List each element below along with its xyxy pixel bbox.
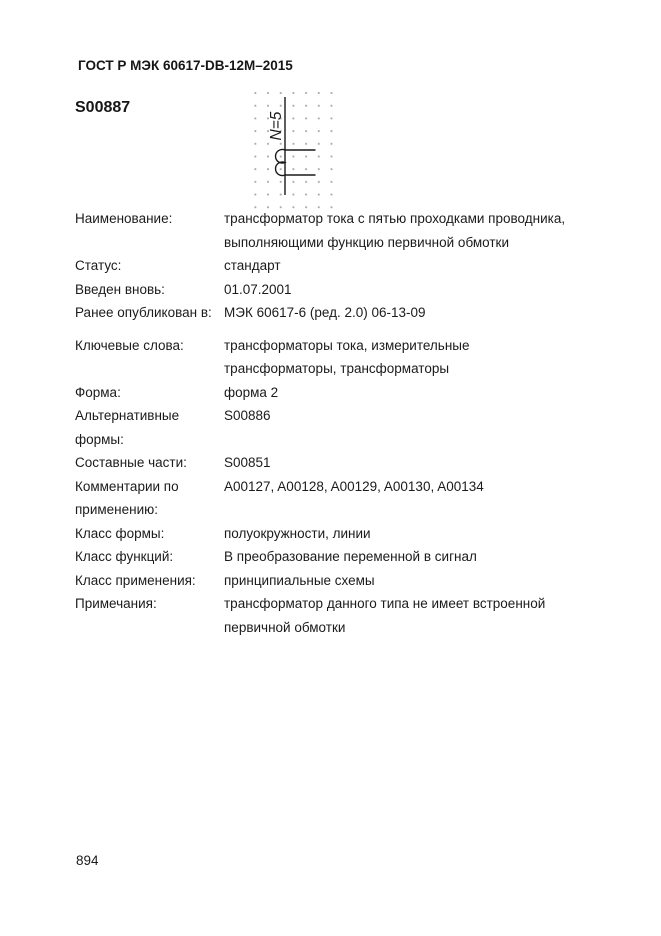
field-label-line: Класс функций: <box>75 545 224 569</box>
field-value: S00886 <box>224 404 580 451</box>
field-label: Составные части: <box>75 451 224 475</box>
field-value-line: трансформаторы, трансформаторы <box>224 357 580 381</box>
field-label-line: Ключевые слова: <box>75 334 224 358</box>
transformer-symbol-drawing: N=5 <box>240 85 355 215</box>
field-label-line: Наименование: <box>75 207 224 231</box>
field-value: МЭК 60617-6 (ред. 2.0) 06-13-09 <box>224 301 580 325</box>
field-label: Альтернативныеформы: <box>75 404 224 451</box>
field-row: Класс формы:полуокружности, линии <box>75 522 580 546</box>
field-label: Ключевые слова: <box>75 334 224 381</box>
field-label-line: Ранее опубликован в: <box>75 301 224 325</box>
field-label-line: формы: <box>75 428 224 452</box>
field-label: Класс функций: <box>75 545 224 569</box>
field-row: Введен вновь:01.07.2001 <box>75 278 580 302</box>
field-row: Класс функций:В преобразование переменно… <box>75 545 580 569</box>
field-label: Класс формы: <box>75 522 224 546</box>
symbol-diagram: N=5 <box>240 85 355 215</box>
field-value: трансформаторы тока, измерительныетрансф… <box>224 334 580 381</box>
document-page: ГОСТ Р МЭК 60617-DB-12M–2015 S00887 N=5 … <box>0 0 661 936</box>
symbol-id: S00887 <box>75 99 130 117</box>
field-value: трансформатор тока с пятью проходками пр… <box>224 207 580 254</box>
field-row: Ранее опубликован в:МЭК 60617-6 (ред. 2.… <box>75 301 580 325</box>
field-label-line: Примечания: <box>75 592 224 616</box>
document-header: ГОСТ Р МЭК 60617-DB-12M–2015 <box>78 58 293 73</box>
field-value: полуокружности, линии <box>224 522 580 546</box>
winding-count-label: N=5 <box>268 111 285 140</box>
field-label-line: Введен вновь: <box>75 278 224 302</box>
field-label-line: Комментарии по <box>75 475 224 499</box>
field-value-line: S00886 <box>224 404 580 428</box>
field-row: Наименование:трансформатор тока с пятью … <box>75 207 580 254</box>
field-row: Класс применения:принципиальные схемы <box>75 569 580 593</box>
field-value-line: S00851 <box>224 451 580 475</box>
field-label: Введен вновь: <box>75 278 224 302</box>
field-row: Составные части:S00851 <box>75 451 580 475</box>
field-value-line: МЭК 60617-6 (ред. 2.0) 06-13-09 <box>224 301 580 325</box>
field-value-line: принципиальные схемы <box>224 569 580 593</box>
field-label-line: Класс применения: <box>75 569 224 593</box>
field-value-line: трансформатор тока с пятью проходками пр… <box>224 207 580 231</box>
field-row: Примечания:трансформатор данного типа не… <box>75 592 580 639</box>
field-value-line: форма 2 <box>224 381 580 405</box>
field-row: Ключевые слова:трансформаторы тока, изме… <box>75 334 580 381</box>
field-label: Ранее опубликован в: <box>75 301 224 325</box>
field-label-line: Статус: <box>75 254 224 278</box>
field-row: Статус:стандарт <box>75 254 580 278</box>
field-value-line: 01.07.2001 <box>224 278 580 302</box>
field-row: Комментарии поприменению:A00127, A00128,… <box>75 475 580 522</box>
field-label: Наименование: <box>75 207 224 254</box>
field-label: Статус: <box>75 254 224 278</box>
field-value-line: выполняющими функцию первичной обмотки <box>224 231 580 255</box>
field-value-line: первичной обмотки <box>224 616 580 640</box>
field-value-line: В преобразование переменной в сигнал <box>224 545 580 569</box>
field-value: 01.07.2001 <box>224 278 580 302</box>
field-label-line: Составные части: <box>75 451 224 475</box>
field-value: стандарт <box>224 254 580 278</box>
field-value-line: A00127, A00128, A00129, A00130, A00134 <box>224 475 580 499</box>
field-value: A00127, A00128, A00129, A00130, A00134 <box>224 475 580 522</box>
page-number: 894 <box>76 853 99 868</box>
attribute-list: Наименование:трансформатор тока с пятью … <box>75 207 580 639</box>
field-label-line: Класс формы: <box>75 522 224 546</box>
field-label-line: применению: <box>75 498 224 522</box>
field-label: Форма: <box>75 381 224 405</box>
field-value-line: трансформатор данного типа не имеет встр… <box>224 592 580 616</box>
field-label-line: Форма: <box>75 381 224 405</box>
field-value-line: трансформаторы тока, измерительные <box>224 334 580 358</box>
field-value-line: полуокружности, линии <box>224 522 580 546</box>
field-value: S00851 <box>224 451 580 475</box>
field-value: В преобразование переменной в сигнал <box>224 545 580 569</box>
field-label: Класс применения: <box>75 569 224 593</box>
field-value: принципиальные схемы <box>224 569 580 593</box>
field-value: форма 2 <box>224 381 580 405</box>
field-label: Комментарии поприменению: <box>75 475 224 522</box>
winding-coil-arcs <box>276 149 285 175</box>
field-value-line: стандарт <box>224 254 580 278</box>
field-label-line: Альтернативные <box>75 404 224 428</box>
field-row: Форма:форма 2 <box>75 381 580 405</box>
field-value: трансформатор данного типа не имеет встр… <box>224 592 580 639</box>
field-label: Примечания: <box>75 592 224 639</box>
field-row: Альтернативныеформы:S00886 <box>75 404 580 451</box>
